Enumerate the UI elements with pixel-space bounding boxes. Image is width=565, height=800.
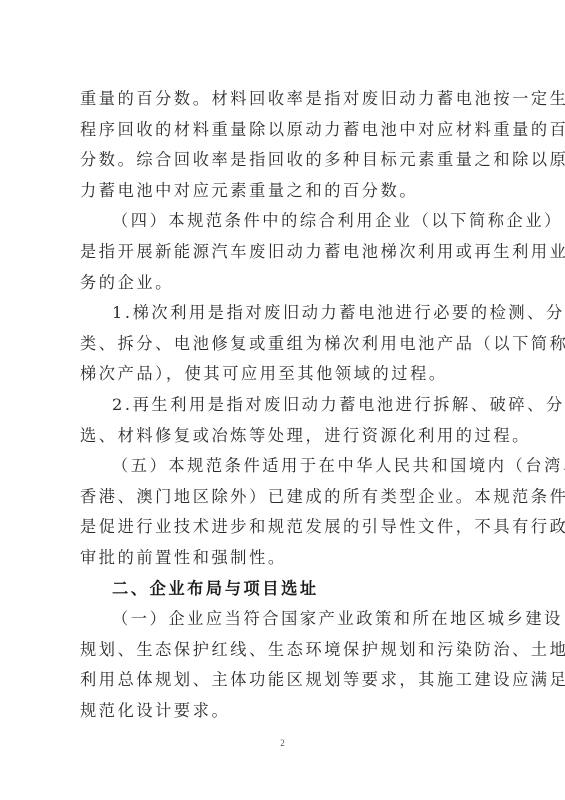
page-number: 2 <box>0 738 565 748</box>
text-line: 类、拆分、电池修复或重组为梯次利用电池产品（以下简称 <box>80 329 482 360</box>
paragraph-start-line: （五）本规范条件适用于在中华人民共和国境内（台湾、 <box>80 451 482 482</box>
text-line: 务的企业。 <box>80 268 482 299</box>
text-line: 力蓄电池中对应元素重量之和的百分数。 <box>80 176 482 207</box>
paragraph-start-line: 2.再生利用是指对废旧动力蓄电池进行拆解、破碎、分 <box>80 390 482 421</box>
text-line: 规划、生态保护红线、生态环境保护规划和污染防治、土地 <box>80 635 482 666</box>
text-line: 是促进行业技术进步和规范发展的引导性文件，不具有行政 <box>80 512 482 543</box>
paragraph-start-line: （一）企业应当符合国家产业政策和所在地区城乡建设 <box>80 604 482 635</box>
text-line: 梯次产品），使其可应用至其他领域的过程。 <box>80 359 482 390</box>
text-line: 分数。综合回收率是指回收的多种目标元素重量之和除以原动 <box>80 145 482 176</box>
text-line: 程序回收的材料重量除以原动力蓄电池中对应材料重量的百 <box>80 115 482 146</box>
text-line: 重量的百分数。材料回收率是指对废旧动力蓄电池按一定生产 <box>80 84 482 115</box>
text-line: 审批的前置性和强制性。 <box>80 543 482 574</box>
paragraph-start-line: （四）本规范条件中的综合利用企业（以下简称企业） <box>80 206 482 237</box>
text-line: 利用总体规划、主体功能区规划等要求，其施工建设应满足 <box>80 665 482 696</box>
text-line: 规范化设计要求。 <box>80 696 482 727</box>
section-heading: 二、企业布局与项目选址 <box>80 574 482 605</box>
document-page: 重量的百分数。材料回收率是指对废旧动力蓄电池按一定生产 程序回收的材料重量除以原… <box>80 84 482 726</box>
text-line: 是指开展新能源汽车废旧动力蓄电池梯次利用或再生利用业 <box>80 237 482 268</box>
text-line: 香港、澳门地区除外）已建成的所有类型企业。本规范条件 <box>80 482 482 513</box>
paragraph-start-line: 1.梯次利用是指对废旧动力蓄电池进行必要的检测、分 <box>80 298 482 329</box>
text-line: 选、材料修复或冶炼等处理，进行资源化利用的过程。 <box>80 421 482 452</box>
